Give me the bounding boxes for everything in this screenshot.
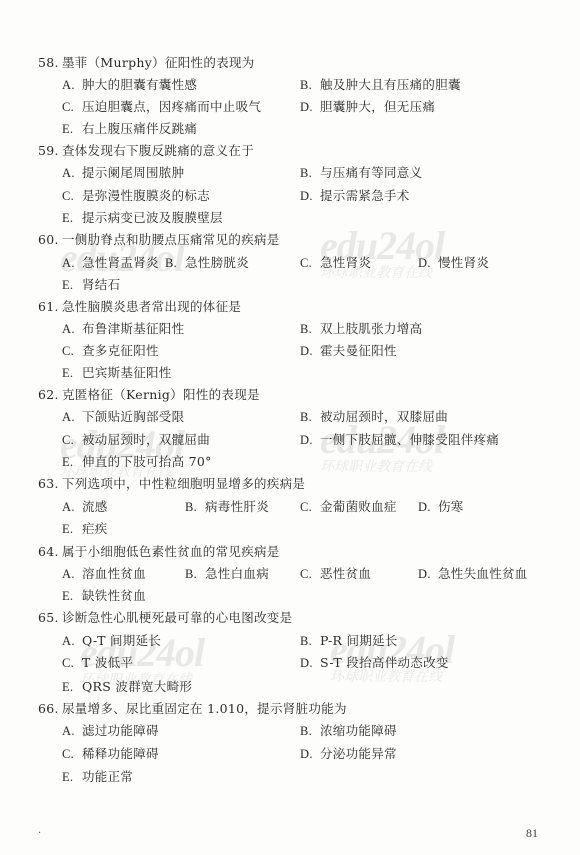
document-page: edu24ol edu24ol 环球职业教育在线 edu24ol 环球职业教育在…: [0, 0, 580, 855]
option-c: C.急性肾炎: [300, 253, 371, 271]
option-c: C.金葡菌败血症: [300, 497, 397, 515]
option-a: A.溶血性贫血: [62, 564, 146, 582]
option-e: E.肾结石: [62, 275, 120, 293]
option-b: B.双上肢肌张力增高: [300, 319, 422, 337]
option-a: A.Q-T 间期延长: [62, 631, 161, 649]
option-e: E.疟疾: [62, 519, 108, 537]
question-65: 65.诊断急性心肌梗死最可靠的心电图改变是: [38, 608, 292, 626]
option-d: D.霍夫曼征阳性: [300, 341, 397, 359]
page-number: 81: [526, 826, 538, 841]
option-b: B.病毒性肝炎: [185, 497, 269, 515]
option-e: E.QRS 波群宽大畸形: [62, 677, 192, 695]
option-e: E.缺铁性贫血: [62, 586, 146, 604]
question-stem: 诊断急性心肌梗死最可靠的心电图改变是: [62, 610, 292, 625]
option-e: E.伸直的下肢可抬高 70°: [62, 452, 212, 470]
option-c: C.稀释功能障碍: [62, 744, 159, 762]
option-e: E.功能正常: [62, 767, 133, 785]
option-a: A.流感: [62, 497, 108, 515]
option-c: C.查多克征阳性: [62, 341, 159, 359]
option-a: A.滤过功能障碍: [62, 721, 159, 739]
question-59: 59.查体发现右下腹反跳痛的意义在于: [38, 141, 254, 159]
question-63: 63.下列选项中，中性粒细胞明显增多的疾病是: [38, 474, 305, 492]
option-d: D.分泌功能异常: [300, 744, 397, 762]
option-b: B.急性白血病: [185, 564, 269, 582]
option-c: C.压迫胆囊点，因疼痛而中止吸气: [62, 97, 261, 115]
option-b: B.与压痛有等同意义: [300, 163, 422, 181]
question-61: 61.急性脑膜炎患者常出现的体征是: [38, 297, 241, 315]
option-d: D.慢性肾炎: [418, 253, 489, 271]
option-d: D.急性失血性贫血: [418, 564, 528, 582]
option-c: C.T 波低平: [62, 653, 133, 671]
question-stem: 属于小细胞低色素性贫血的常见疾病是: [62, 544, 280, 559]
question-stem: 墨菲（Murphy）征阳性的表现为: [62, 55, 255, 70]
option-b: B.P-R 间期延长: [300, 631, 398, 649]
option-e: E.右上腹压痛伴反跳痛: [62, 119, 197, 137]
option-e: E.巴宾斯基征阳性: [62, 363, 172, 381]
option-c: C.恶性贫血: [300, 564, 371, 582]
question-60: 60.一侧肋脊点和肋腰点压痛常见的疾病是: [38, 230, 280, 248]
question-58: 58.墨菲（Murphy）征阳性的表现为: [38, 53, 255, 71]
option-b: B.急性膀胱炎: [165, 253, 249, 271]
option-d: D.提示需紧急手术: [300, 186, 410, 204]
option-a: A.布鲁津斯基征阳性: [62, 319, 184, 337]
question-stem: 急性脑膜炎患者常出现的体征是: [62, 299, 241, 314]
option-b: B.触及肿大且有压痛的胆囊: [300, 75, 461, 93]
option-b: B.浓缩功能障碍: [300, 721, 397, 739]
option-c: C.是弥漫性腹膜炎的标志: [62, 186, 210, 204]
question-stem: 一侧肋脊点和肋腰点压痛常见的疾病是: [62, 232, 280, 247]
question-stem: 查体发现右下腹反跳痛的意义在于: [62, 143, 254, 158]
option-c: C.被动屈颈时，双髋屈曲: [62, 430, 210, 448]
question-64: 64.属于小细胞低色素性贫血的常见疾病是: [38, 542, 280, 560]
question-66: 66.尿量增多、尿比重固定在 1.010，提示肾脏功能为: [38, 699, 347, 717]
option-a: A.肿大的胆囊有囊性感: [62, 75, 197, 93]
option-d: D.一侧下肢屈髋、伸膝受阻伴疼痛: [300, 430, 499, 448]
question-stem: 尿量增多、尿比重固定在 1.010，提示肾脏功能为: [62, 701, 347, 716]
option-d: D.胆囊肿大，但无压痛: [300, 97, 435, 115]
option-a: A.下颌贴近胸部受限: [62, 407, 184, 425]
question-62: 62.克匿格征（Kernig）阳性的表现是: [38, 385, 260, 403]
watermark: edu24ol 环球职业教育在线: [320, 420, 444, 476]
question-stem: 下列选项中，中性粒细胞明显增多的疾病是: [62, 476, 305, 491]
option-a: A.提示阑尾周围脓肿: [62, 163, 184, 181]
scan-artifact-dot: ·: [38, 828, 41, 839]
option-d: D.S-T 段抬高伴动态改变: [300, 653, 449, 671]
option-d: D.伤寒: [418, 497, 464, 515]
option-b: B.被动屈颈时，双膝屈曲: [300, 407, 448, 425]
option-a: A.急性肾盂肾炎: [62, 253, 159, 271]
question-stem: 克匿格征（Kernig）阳性的表现是: [62, 387, 260, 402]
option-e: E.提示病变已波及腹膜壁层: [62, 208, 223, 226]
